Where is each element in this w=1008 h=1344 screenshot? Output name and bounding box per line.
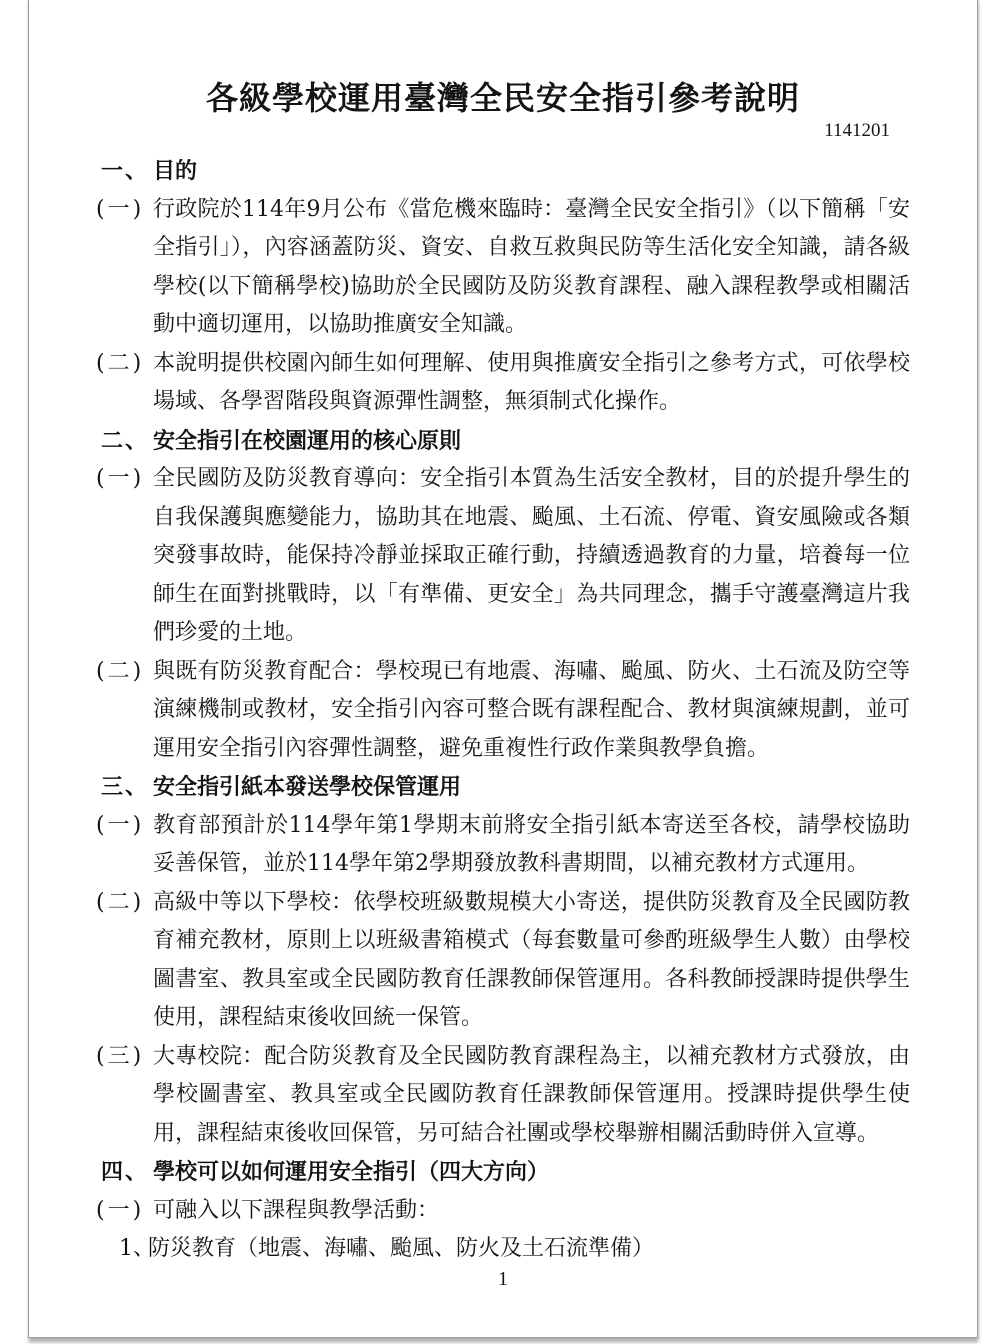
item-label: (二) xyxy=(96,653,144,692)
item-label: (二) xyxy=(96,345,144,384)
list-item: (一)可融入以下課程與教學活動： xyxy=(96,1192,910,1231)
list-item: (一)全民國防及防災教育導向：安全指引本質為生活安全教材，目的於提升學生的自我保… xyxy=(96,460,910,653)
document-title: 各級學校運用臺灣全民安全指引參考說明 xyxy=(96,78,910,118)
item-label: (一) xyxy=(96,1192,144,1231)
item-text: 大專校院：配合防災教育及全民國防教育課程為主，以補充教材方式發放，由學校圖書室、… xyxy=(153,1044,910,1146)
item-label: (一) xyxy=(96,191,144,230)
list-item: (二)高級中等以下學校：依學校班級數規模大小寄送，提供防災教育及全民國防教育補充… xyxy=(96,884,910,1038)
section-heading: 四、學校可以如何運用安全指引（四大方向） xyxy=(96,1153,910,1192)
item-text: 可融入以下課程與教學活動： xyxy=(153,1198,439,1223)
page-content: 各級學校運用臺灣全民安全指引參考說明 1141201 一、目的 (一)行政院於1… xyxy=(29,0,977,1295)
item-text: 本說明提供校園內師生如何理解、使用與推廣安全指引之參考方式，可依學校場域、各學習… xyxy=(153,351,910,415)
page-frame: 各級學校運用臺灣全民安全指引參考說明 1141201 一、目的 (一)行政院於1… xyxy=(28,0,978,1338)
list-item: (三)大專校院：配合防災教育及全民國防教育課程為主，以補充教材方式發放，由學校圖… xyxy=(96,1038,910,1154)
numbered-subitem: 1、防災教育（地震、海嘯、颱風、防火及土石流準備） xyxy=(96,1230,910,1269)
list-item: (二)與既有防災教育配合：學校現已有地震、海嘯、颱風、防火、土石流及防空等演練機… xyxy=(96,653,910,769)
section-heading-text: 目的 xyxy=(153,158,197,184)
item-text: 高級中等以下學校：依學校班級數規模大小寄送，提供防災教育及全民國防教育補充教材，… xyxy=(153,890,910,1031)
subitem-label: 1、 xyxy=(119,1230,155,1269)
section-number-label: 四、 xyxy=(101,1153,149,1192)
item-text: 與既有防災教育配合：學校現已有地震、海嘯、颱風、防火、土石流及防空等演練機制或教… xyxy=(153,659,910,761)
item-label: (一) xyxy=(96,807,144,846)
section-number-label: 三、 xyxy=(101,768,149,807)
list-item: (一)行政院於114年9月公布《當危機來臨時：臺灣全民安全指引》（以下簡稱「安全… xyxy=(96,191,910,345)
section-number-label: 一、 xyxy=(101,152,149,191)
subitem-text: 防災教育（地震、海嘯、颱風、防火及土石流準備） xyxy=(148,1236,654,1261)
document-number: 1141201 xyxy=(96,118,910,144)
list-item: (二)本說明提供校園內師生如何理解、使用與推廣安全指引之參考方式，可依學校場域、… xyxy=(96,345,910,422)
section-heading-text: 安全指引在校園運用的核心原則 xyxy=(153,428,461,454)
section-heading: 一、目的 xyxy=(96,152,910,191)
section-heading-text: 安全指引紙本發送學校保管運用 xyxy=(153,774,461,800)
item-text: 全民國防及防災教育導向：安全指引本質為生活安全教材，目的於提升學生的自我保護與應… xyxy=(153,466,910,645)
item-label: (一) xyxy=(96,460,144,499)
item-text: 行政院於114年9月公布《當危機來臨時：臺灣全民安全指引》（以下簡稱「安全指引」… xyxy=(153,197,910,338)
item-text: 教育部預計於114學年第1學期末前將安全指引紙本寄送至各校，請學校協助妥善保管，… xyxy=(153,813,910,877)
section-heading: 三、安全指引紙本發送學校保管運用 xyxy=(96,768,910,807)
section-number-label: 二、 xyxy=(101,422,149,461)
document-body: 一、目的 (一)行政院於114年9月公布《當危機來臨時：臺灣全民安全指引》（以下… xyxy=(96,152,910,1269)
list-item: (一)教育部預計於114學年第1學期末前將安全指引紙本寄送至各校，請學校協助妥善… xyxy=(96,807,910,884)
section-heading: 二、安全指引在校園運用的核心原則 xyxy=(96,422,910,461)
item-label: (三) xyxy=(96,1038,144,1077)
item-label: (二) xyxy=(96,884,144,923)
section-heading-text: 學校可以如何運用安全指引（四大方向） xyxy=(153,1159,549,1185)
